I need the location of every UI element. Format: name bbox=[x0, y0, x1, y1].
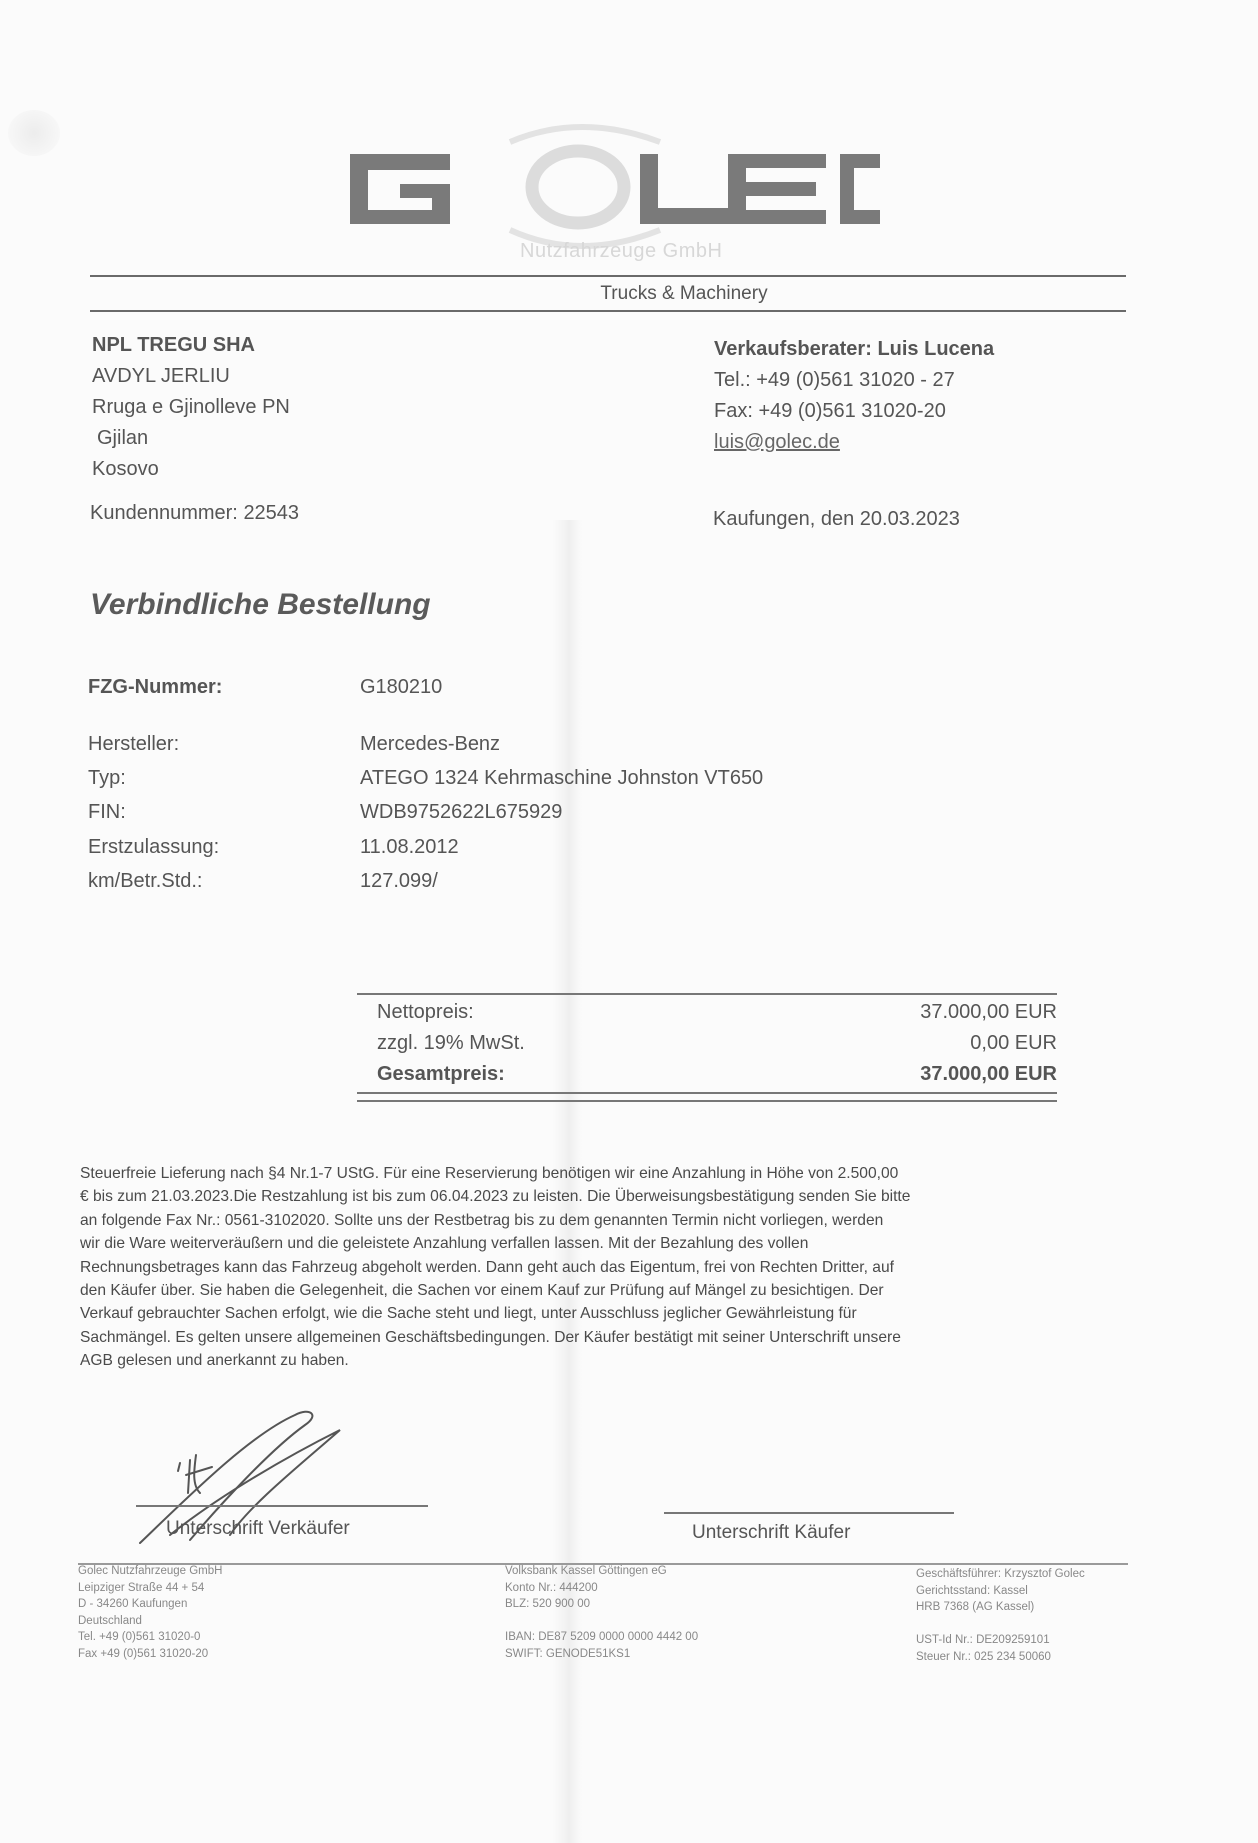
footer-line: SWIFT: GENODE51KS1 bbox=[505, 1646, 698, 1663]
footer-line: Leipziger Straße 44 + 54 bbox=[78, 1580, 222, 1597]
seller-signature-label: Unterschrift Verkäufer bbox=[166, 1518, 350, 1540]
customer-number-value: 22543 bbox=[243, 502, 299, 524]
footer-line: Tel. +49 (0)561 31020-0 bbox=[78, 1629, 222, 1646]
vehicle-value: 127.099/ bbox=[360, 870, 438, 893]
vehicle-label: Typ: bbox=[88, 767, 126, 790]
terms-line: wir die Ware weiterveräußern und die gel… bbox=[80, 1232, 1110, 1255]
net-price-label: Nettopreis: bbox=[377, 997, 474, 1028]
vehicle-label: km/Betr.Std.: bbox=[88, 870, 202, 893]
total-price-label: Gesamtpreis: bbox=[377, 1059, 505, 1090]
footer-company: Golec Nutzfahrzeuge GmbH Leipziger Straß… bbox=[78, 1563, 222, 1663]
footer-legal: Geschäftsführer: Krzysztof Golec Gericht… bbox=[916, 1566, 1085, 1666]
sales-advisor-name: Luis Lucena bbox=[877, 338, 994, 360]
customer-country: Kosovo bbox=[92, 454, 290, 485]
footer-line: Konto Nr.: 444200 bbox=[505, 1580, 698, 1597]
vehicle-value: 11.08.2012 bbox=[360, 836, 459, 859]
tagline: Trucks & Machinery bbox=[0, 283, 1258, 305]
company-subtitle: Nutzfahrzeuge GmbH bbox=[520, 240, 722, 263]
sales-advisor-label: Verkaufsberater: bbox=[714, 338, 872, 360]
vat-label: zzgl. 19% MwSt. bbox=[377, 1028, 525, 1059]
footer-line: BLZ: 520 900 00 bbox=[505, 1596, 698, 1613]
price-divider-bottom bbox=[357, 1092, 1057, 1094]
sales-advisor: Verkaufsberater: Luis Lucena bbox=[714, 334, 994, 365]
vehicle-label: FIN: bbox=[88, 801, 126, 824]
terms-line: € bis zum 21.03.2023.Die Restzahlung ist… bbox=[80, 1185, 1110, 1208]
terms-line: an folgende Fax Nr.: 0561-3102020. Sollt… bbox=[80, 1209, 1110, 1232]
vehicle-value: WDB9752622L675929 bbox=[360, 801, 562, 824]
footer-line: Gerichtsstand: Kassel bbox=[916, 1583, 1085, 1600]
seller-phone: Tel.: +49 (0)561 31020 - 27 bbox=[714, 365, 994, 396]
document-title: Verbindliche Bestellung bbox=[90, 588, 431, 622]
seller-email-link[interactable]: luis@golec.de bbox=[714, 431, 840, 453]
net-price-value: 37.000,00 EUR bbox=[920, 997, 1057, 1028]
price-row-total: Gesamtpreis: 37.000,00 EUR bbox=[357, 1059, 1057, 1090]
footer-line: IBAN: DE87 5209 0000 0000 4442 00 bbox=[505, 1629, 698, 1646]
customer-city: Gjilan bbox=[92, 423, 290, 454]
footer-line: Steuer Nr.: 025 234 50060 bbox=[916, 1649, 1085, 1666]
footer-line: Geschäftsführer: Krzysztof Golec bbox=[916, 1566, 1085, 1583]
vehicle-value: G180210 bbox=[360, 676, 442, 699]
footer-line: Fax +49 (0)561 31020-20 bbox=[78, 1646, 222, 1663]
customer-company: NPL TREGU SHA bbox=[92, 330, 290, 361]
price-divider-bottom-double bbox=[357, 1100, 1057, 1102]
terms-line: Rechnungsbetrages kann das Fahrzeug abge… bbox=[80, 1256, 1110, 1279]
price-divider-top bbox=[357, 993, 1057, 995]
seller-contact: Verkaufsberater: Luis Lucena Tel.: +49 (… bbox=[714, 334, 994, 458]
price-row-net: Nettopreis: 37.000,00 EUR bbox=[357, 997, 1057, 1028]
customer-street: Rruga e Gjinolleve PN bbox=[92, 392, 290, 423]
price-row-vat: zzgl. 19% MwSt. 0,00 EUR bbox=[357, 1028, 1057, 1059]
footer-line: Volksbank Kassel Göttingen eG bbox=[505, 1563, 698, 1580]
customer-contact: AVDYL JERLIU bbox=[92, 361, 290, 392]
footer-bank: Volksbank Kassel Göttingen eG Konto Nr.:… bbox=[505, 1563, 698, 1663]
vehicle-value: ATEGO 1324 Kehrmaschine Johnston VT650 bbox=[360, 767, 763, 790]
footer-line: D - 34260 Kaufungen bbox=[78, 1596, 222, 1613]
total-price-value: 37.000,00 EUR bbox=[920, 1059, 1057, 1090]
vat-value: 0,00 EUR bbox=[970, 1028, 1057, 1059]
terms-line: Sachmängel. Es gelten unsere allgemeinen… bbox=[80, 1326, 1110, 1349]
scan-smudge bbox=[8, 110, 60, 156]
terms-line: Steuerfreie Lieferung nach §4 Nr.1-7 USt… bbox=[80, 1162, 1110, 1185]
footer-line: HRB 7368 (AG Kassel) bbox=[916, 1599, 1085, 1616]
seller-fax: Fax: +49 (0)561 31020-20 bbox=[714, 396, 994, 427]
terms-line: Verkauf gebrauchter Sachen erfolgt, wie … bbox=[80, 1302, 1110, 1325]
vehicle-label: FZG-Nummer: bbox=[88, 676, 222, 699]
header-divider-top bbox=[90, 275, 1126, 277]
terms-paragraph: Steuerfreie Lieferung nach §4 Nr.1-7 USt… bbox=[80, 1162, 1110, 1373]
footer-line: Deutschland bbox=[78, 1613, 222, 1630]
vehicle-label: Erstzulassung: bbox=[88, 836, 219, 859]
header-divider-bottom bbox=[90, 310, 1126, 312]
footer-spacer bbox=[916, 1616, 1085, 1633]
footer-line: UST-Id Nr.: DE209259101 bbox=[916, 1632, 1085, 1649]
vehicle-label: Hersteller: bbox=[88, 733, 179, 756]
vehicle-value: Mercedes-Benz bbox=[360, 733, 500, 756]
customer-number-label: Kundennummer: bbox=[90, 502, 238, 524]
customer-number: Kundennummer: 22543 bbox=[90, 502, 299, 525]
buyer-signature-line bbox=[664, 1512, 954, 1514]
footer-line: Golec Nutzfahrzeuge GmbH bbox=[78, 1563, 222, 1580]
place-and-date: Kaufungen, den 20.03.2023 bbox=[713, 508, 960, 531]
seller-signature-line bbox=[136, 1505, 428, 1507]
price-summary: Nettopreis: 37.000,00 EUR zzgl. 19% MwSt… bbox=[357, 993, 1057, 1102]
buyer-signature-label: Unterschrift Käufer bbox=[692, 1522, 850, 1544]
footer-spacer bbox=[505, 1613, 698, 1630]
customer-address: NPL TREGU SHA AVDYL JERLIU Rruga e Gjino… bbox=[92, 330, 290, 485]
terms-line: AGB gelesen und anerkannt zu haben. bbox=[80, 1349, 1110, 1372]
terms-line: den Käufer über. Sie haben die Gelegenhe… bbox=[80, 1279, 1110, 1302]
